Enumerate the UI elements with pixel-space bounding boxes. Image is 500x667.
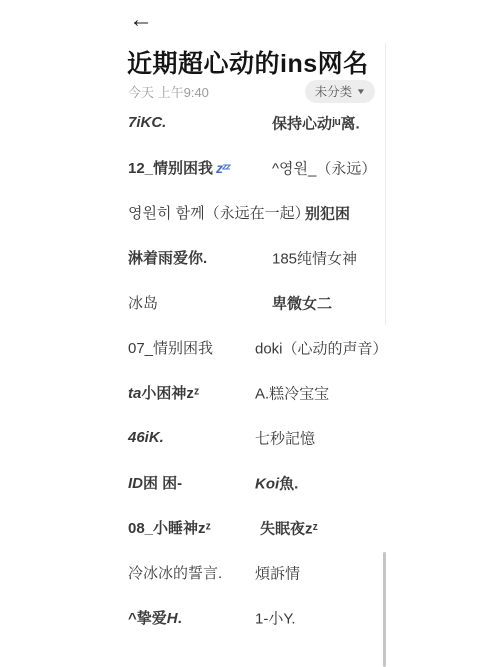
username-right-prefix: Koi: [255, 475, 279, 492]
username-right: 卑微女二: [272, 292, 332, 313]
list-item: 07_情别困我 doki（心动的声音）: [128, 325, 380, 370]
list-item: 冷冰冰的誓言. 煩訴情: [128, 550, 380, 595]
chevron-down-icon: ▼: [356, 87, 366, 96]
back-button[interactable]: ←: [129, 6, 153, 34]
list-item: 08_小睡神zᶻ 失眠夜zᶻ: [128, 505, 380, 550]
username-right: 1-小Y.: [255, 607, 296, 628]
username-right: 七秒記憶: [255, 427, 315, 448]
username-list: 7iKC. 保持心动ʲᵘ离. 12_情别困我 zᶻᶻ ^영원_（永远） 영원히 …: [128, 100, 380, 640]
list-item: 冰岛 卑微女二: [128, 280, 380, 325]
list-item: 淋着雨爱你. 185纯情女神: [128, 235, 380, 280]
username-right: 185纯情女神: [272, 247, 357, 268]
scrollbar-thumb[interactable]: [383, 552, 386, 667]
list-item: 12_情别困我 zᶻᶻ ^영원_（永远）: [128, 145, 380, 190]
list-item: 영원히 함께（永远在一起） 别犯困: [128, 190, 380, 235]
username-left-prefix: ^挚爱: [128, 610, 167, 627]
note-title: 近期超心动的ins网名: [127, 44, 387, 80]
username-right: ^영원_（永远）: [272, 157, 376, 178]
username-right: A.糕冷宝宝: [255, 382, 329, 403]
username-left: 7iKC.: [128, 114, 166, 131]
category-label: 未分类: [315, 82, 353, 100]
scrollbar-track: [385, 43, 386, 325]
sleep-zzz-icon: zᶻᶻ: [216, 160, 229, 176]
username-right: doki（心动的声音）: [255, 337, 388, 358]
username-right: 别犯困: [305, 202, 350, 223]
username-left: 12_情别困我: [128, 157, 213, 178]
username-left: 07_情别困我: [128, 337, 213, 358]
username-left: 영원히 함께（永远在一起）: [128, 202, 310, 223]
username-left-prefix: ta: [128, 385, 141, 402]
username-left: 冷冰冰的誓言.: [128, 562, 222, 583]
username-left-italic: H: [167, 610, 178, 627]
username-left: 08_小睡神zᶻ: [128, 517, 211, 538]
username-right: 失眠夜zᶻ: [260, 517, 318, 538]
username-left-prefix: ID: [128, 475, 143, 492]
note-date: 今天 上午9:40: [128, 82, 209, 101]
username-right: 煩訴情: [255, 562, 300, 583]
list-item: ID困 困- Koi魚.: [128, 460, 380, 505]
username-left: 小困神zᶻ: [141, 385, 199, 402]
username-right: 魚.: [279, 475, 298, 492]
list-item: ^挚爱H. 1-小Y.: [128, 595, 380, 640]
list-item: ta小困神zᶻ A.糕冷宝宝: [128, 370, 380, 415]
notes-app-screen: ← 近期超心动的ins网名 今天 上午9:40 未分类 ▼ 7iKC. 保持心动…: [0, 0, 500, 667]
username-left: 淋着雨爱你.: [128, 247, 207, 268]
list-item: 7iKC. 保持心动ʲᵘ离.: [128, 100, 380, 145]
username-left: 困 困-: [143, 475, 182, 492]
back-arrow-icon: ←: [129, 6, 153, 33]
username-left-suffix: .: [178, 610, 182, 627]
list-item: 46iK. 七秒記憶: [128, 415, 380, 460]
username-left: 冰岛: [128, 292, 158, 313]
username-left: 46iK.: [128, 429, 164, 446]
username-right: 保持心动ʲᵘ离.: [272, 112, 360, 133]
